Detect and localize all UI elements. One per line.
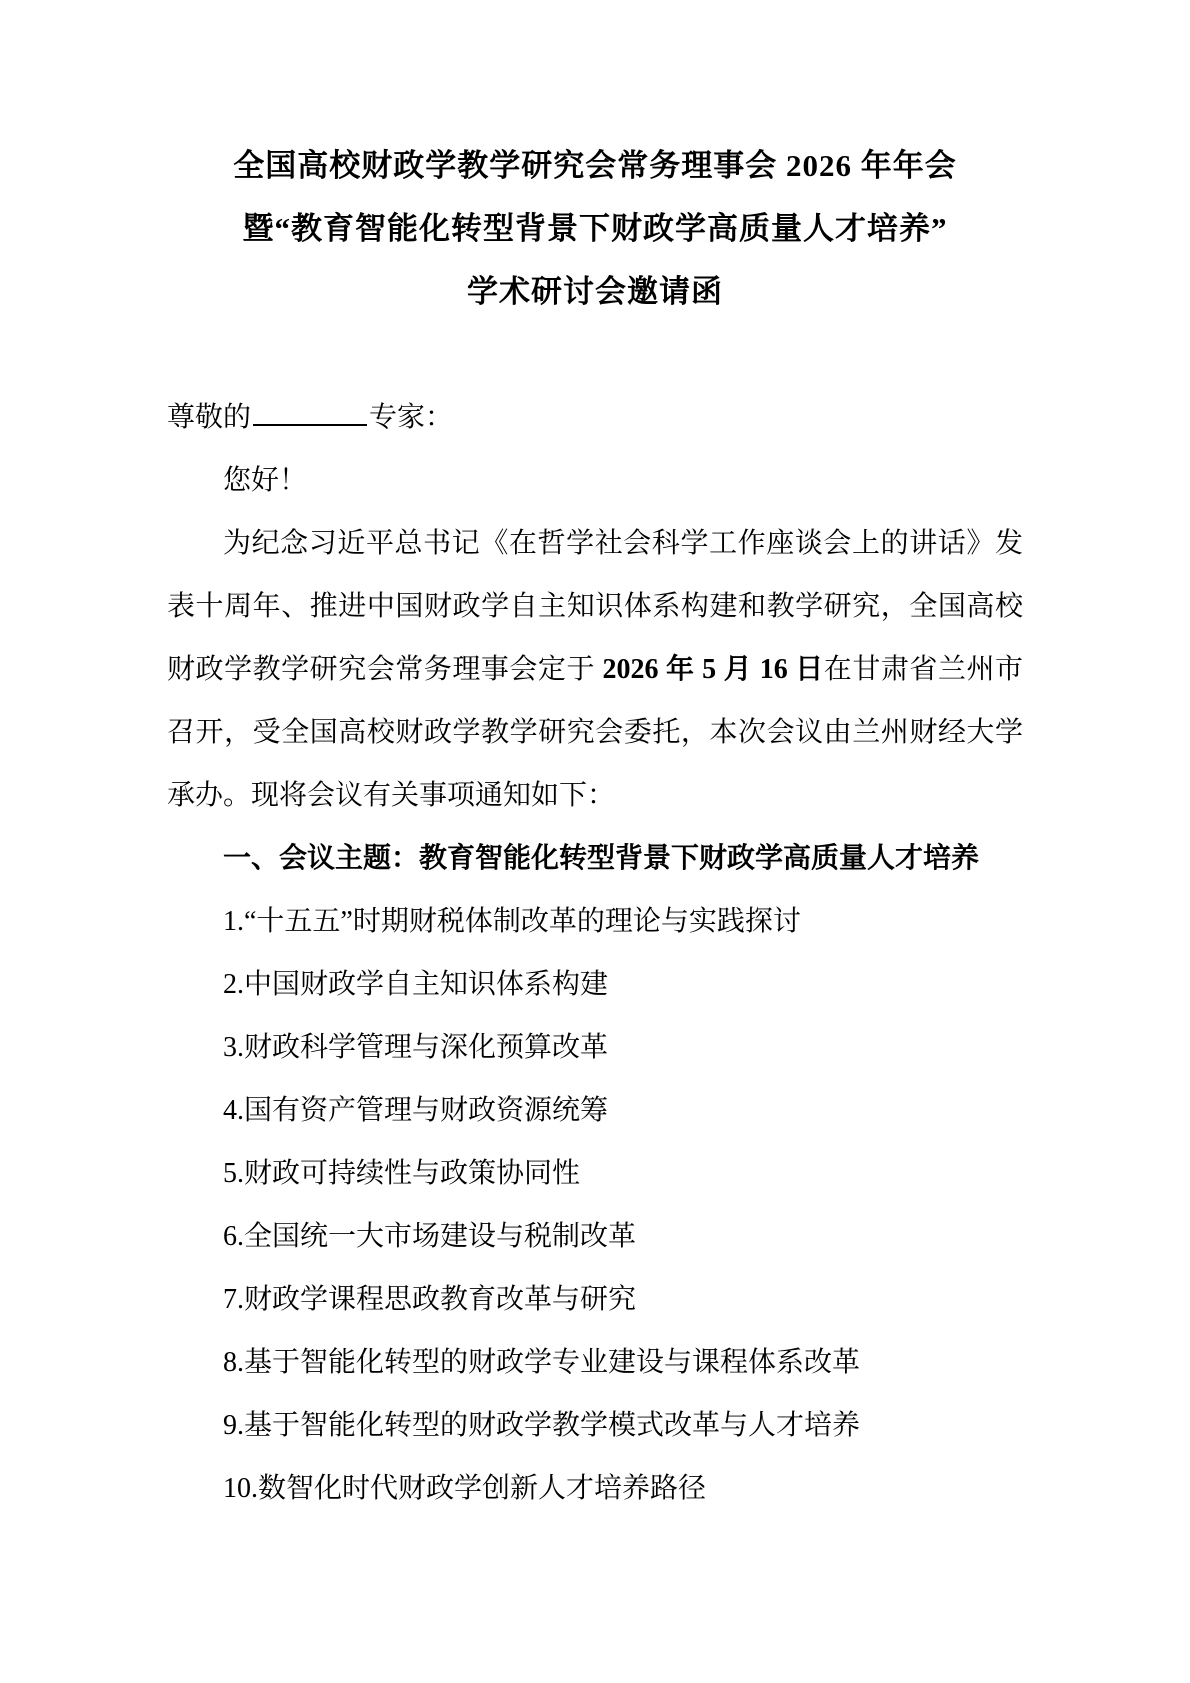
name-blank-underline: [253, 418, 367, 426]
conference-date: 2026 年 5 月 16 日: [603, 654, 824, 685]
topic-list-item: 2.中国财政学自主知识体系构建: [167, 953, 1023, 1016]
title-line-3: 学术研讨会邀请函: [167, 260, 1023, 323]
topic-list-item: 5.财政可持续性与政策协同性: [167, 1142, 1023, 1205]
greeting-prefix: 尊敬的: [167, 402, 251, 433]
topic-list-item: 3.财政科学管理与深化预算改革: [167, 1016, 1023, 1079]
topic-list-item: 4.国有资产管理与财政资源统筹: [167, 1079, 1023, 1142]
salutation: 您好！: [167, 449, 1023, 512]
title-line-2: 暨“教育智能化转型背景下财政学高质量人才培养”: [167, 197, 1023, 260]
document-page: 全国高校财政学教学研究会常务理事会 2026 年年会 暨“教育智能化转型背景下财…: [0, 0, 1190, 1683]
topic-list: 1.“十五五”时期财税体制改革的理论与实践探讨2.中国财政学自主知识体系构建3.…: [167, 890, 1023, 1520]
document-title: 全国高校财政学教学研究会常务理事会 2026 年年会 暨“教育智能化转型背景下财…: [167, 134, 1023, 323]
topic-list-item: 7.财政学课程思政教育改革与研究: [167, 1268, 1023, 1331]
topic-list-item: 1.“十五五”时期财税体制改革的理论与实践探讨: [167, 890, 1023, 953]
greeting-suffix: 专家：: [369, 402, 453, 433]
topic-list-item: 6.全国统一大市场建设与税制改革: [167, 1205, 1023, 1268]
greeting-line: 尊敬的专家：: [167, 386, 1023, 449]
topic-list-item: 10.数智化时代财政学创新人才培养路径: [167, 1457, 1023, 1520]
section-heading-topic: 一、会议主题：教育智能化转型背景下财政学高质量人才培养: [167, 827, 1023, 890]
topic-list-item: 8.基于智能化转型的财政学专业建设与课程体系改革: [167, 1331, 1023, 1394]
title-line-1: 全国高校财政学教学研究会常务理事会 2026 年年会: [167, 134, 1023, 197]
body-paragraph: 为纪念习近平总书记《在哲学社会科学工作座谈会上的讲话》发表十周年、推进中国财政学…: [167, 512, 1023, 827]
topic-list-item: 9.基于智能化转型的财政学教学模式改革与人才培养: [167, 1394, 1023, 1457]
title-body-spacer: [167, 323, 1023, 386]
